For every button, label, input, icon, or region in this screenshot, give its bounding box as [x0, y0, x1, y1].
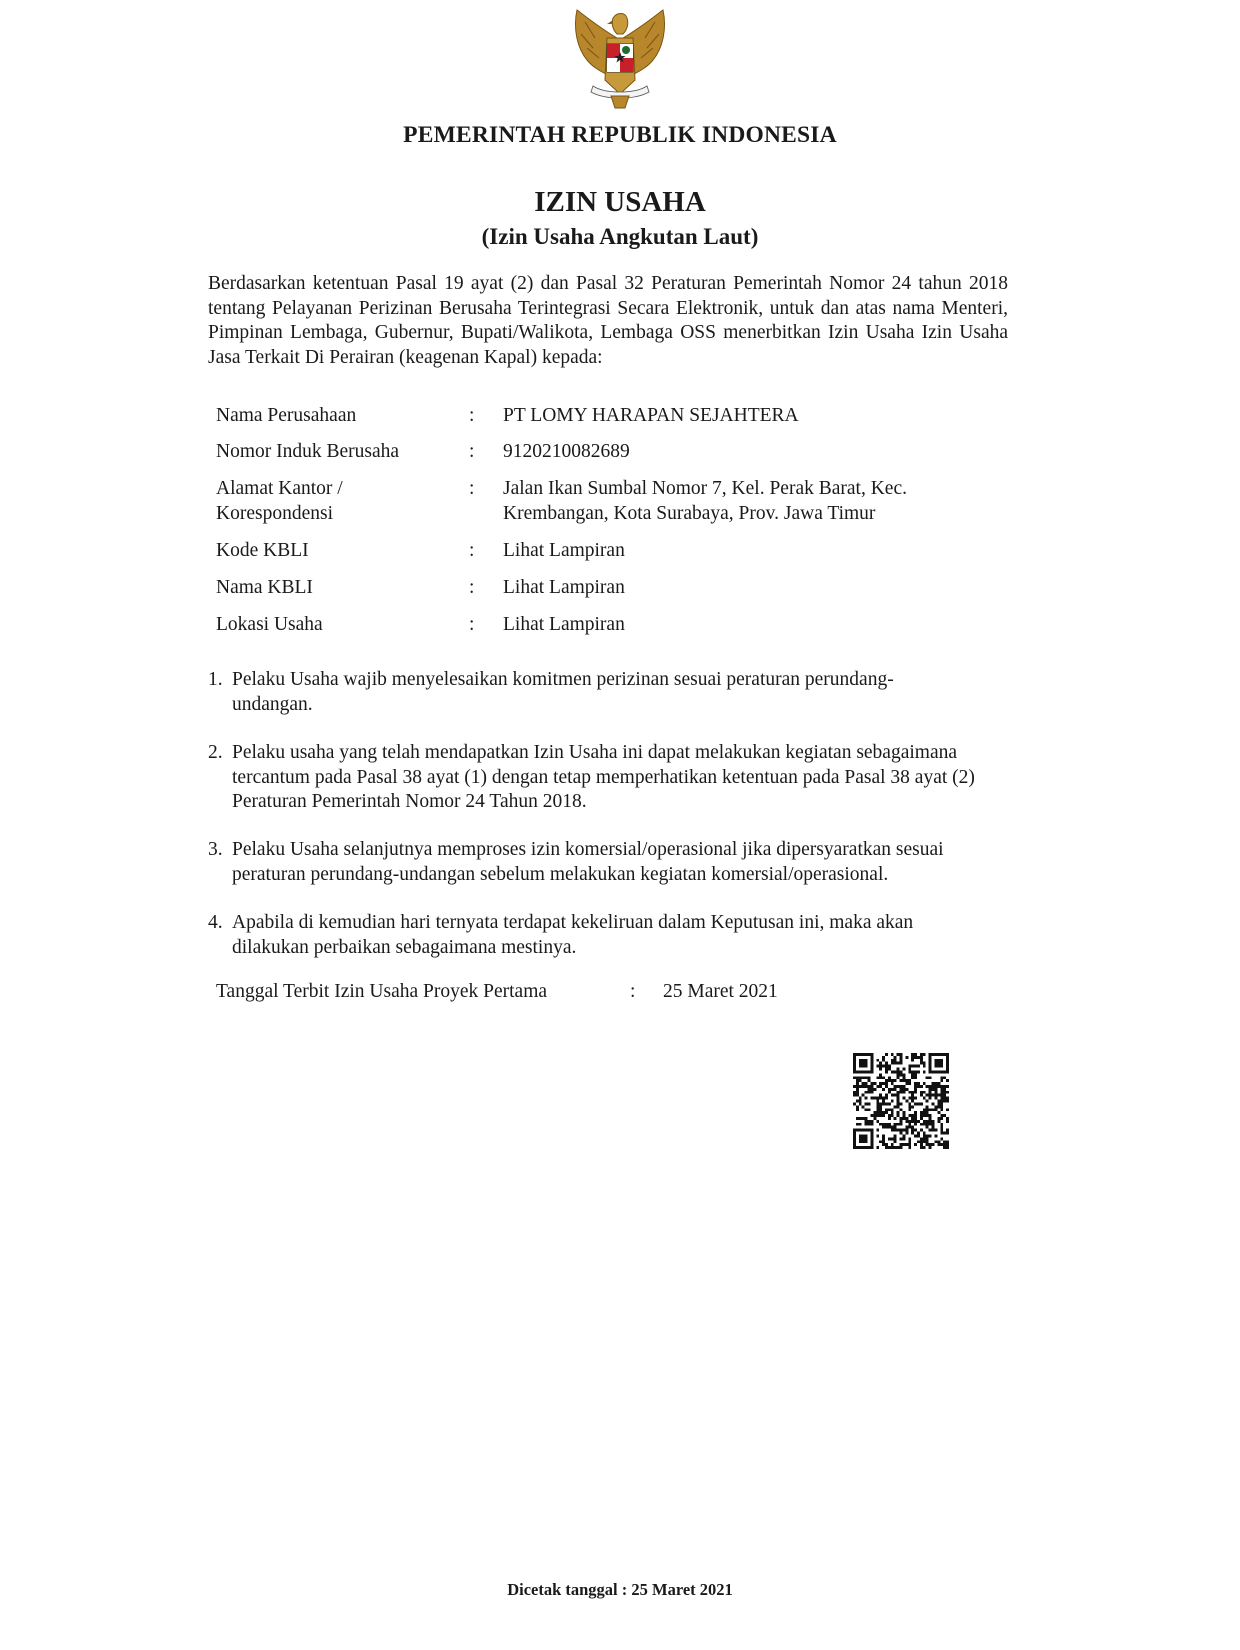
field-separator: :: [469, 538, 474, 563]
field-separator: :: [469, 476, 474, 501]
field-label: Kode KBLI: [216, 538, 456, 563]
field-value: PT LOMY HARAPAN SEJAHTERA: [503, 403, 963, 428]
field-label: Nama Perusahaan: [216, 403, 456, 428]
provision-text: Pelaku Usaha wajib menyelesaikan komitme…: [232, 668, 948, 717]
field-separator: :: [469, 403, 474, 428]
field-separator: :: [469, 612, 474, 637]
qr-code-icon[interactable]: [852, 1053, 950, 1149]
issue-date-value: 25 Maret 2021: [663, 979, 778, 1004]
provision-text: Pelaku usaha yang telah mendapatkan Izin…: [232, 741, 1008, 815]
government-heading: PEMERINTAH REPUBLIK INDONESIA: [0, 122, 1240, 149]
provision-text: Pelaku Usaha selanjutnya memproses izin …: [232, 838, 1008, 887]
provision-number: 2.: [208, 741, 223, 766]
field-value: Jalan Ikan Sumbal Nomor 7, Kel. Perak Ba…: [503, 476, 943, 526]
provision-item: 1. Pelaku Usaha wajib menyelesaikan komi…: [208, 668, 948, 717]
field-value: Lihat Lampiran: [503, 575, 963, 600]
field-label: Lokasi Usaha: [216, 612, 456, 637]
provision-number: 1.: [208, 668, 223, 693]
issue-date-separator: :: [630, 979, 635, 1004]
provision-item: 2. Pelaku usaha yang telah mendapatkan I…: [208, 741, 1008, 815]
document-title: IZIN USAHA: [0, 186, 1240, 219]
issue-date-label: Tanggal Terbit Izin Usaha Proyek Pertama: [216, 979, 547, 1004]
provision-number: 3.: [208, 838, 223, 863]
document-subtitle: (Izin Usaha Angkutan Laut): [0, 224, 1240, 250]
field-value: 9120210082689: [503, 439, 963, 464]
field-separator: :: [469, 575, 474, 600]
field-value: Lihat Lampiran: [503, 612, 963, 637]
field-label: Nomor Induk Berusaha: [216, 439, 456, 464]
field-label: Nama KBLI: [216, 575, 456, 600]
field-separator: :: [469, 439, 474, 464]
field-label: Alamat Kantor / Korespondensi: [216, 476, 376, 526]
provision-item: 4. Apabila di kemudian hari ternyata ter…: [208, 911, 968, 960]
print-date-footer: Dicetak tanggal : 25 Maret 2021: [0, 1580, 1240, 1600]
provision-text: Apabila di kemudian hari ternyata terdap…: [232, 911, 968, 960]
intro-paragraph: Berdasarkan ketentuan Pasal 19 ayat (2) …: [208, 272, 1008, 370]
provision-item: 3. Pelaku Usaha selanjutnya memproses iz…: [208, 838, 1008, 887]
field-value: Lihat Lampiran: [503, 538, 963, 563]
garuda-emblem-icon: [555, 8, 685, 113]
provision-number: 4.: [208, 911, 223, 936]
